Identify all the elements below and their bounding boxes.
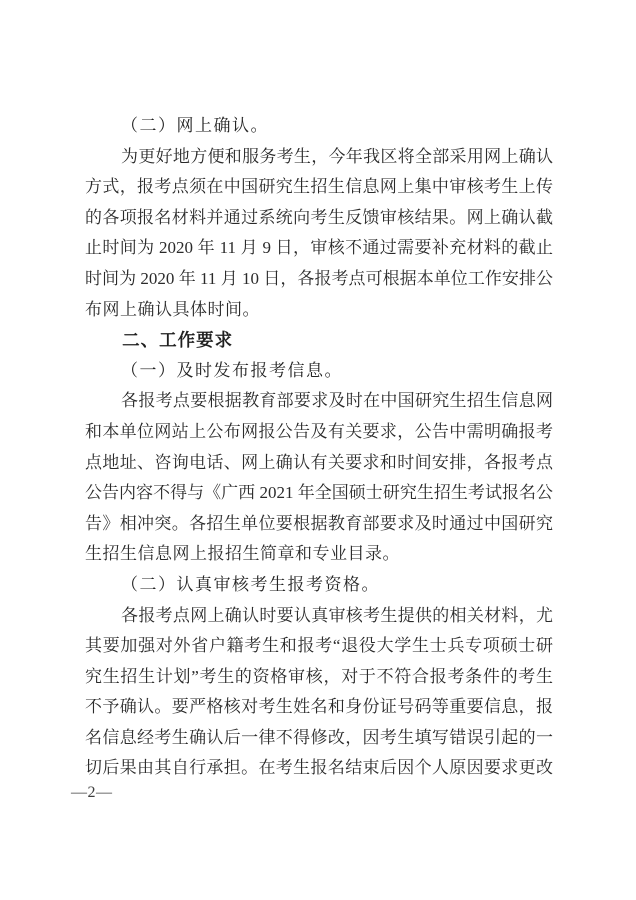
text-line: 点地址、咨询电话、网上确认有关要求和时间安排，各报考点 bbox=[85, 448, 553, 479]
text-line: 为更好地方便和服务考生，今年我区将全部采用网上确认 bbox=[85, 142, 553, 173]
text-line: 时间为 2020 年 11 月 10 日，各报考点可根据本单位工作安排公 bbox=[85, 264, 553, 295]
text-line: 布网上确认具体时间。 bbox=[85, 295, 553, 326]
text-line: 不予确认。要严格核对考生姓名和身份证号码等重要信息，报 bbox=[85, 692, 553, 723]
text-line: 各报考点要根据教育部要求及时在中国研究生招生信息网 bbox=[85, 386, 553, 417]
text-line: 生招生信息网上报招生简章和专业目录。 bbox=[85, 539, 553, 570]
subsection-heading: （二）网上确认。 bbox=[85, 111, 553, 142]
text-line: 名信息经考生确认后一律不得修改，因考生填写错误引起的一 bbox=[85, 723, 553, 754]
text-line: 止时间为 2020 年 11 月 9 日，审核不通过需要补充材料的截止 bbox=[85, 233, 553, 264]
page-number: —2— bbox=[71, 782, 113, 804]
text-line: 的各项报名材料并通过系统向考生反馈审核结果。网上确认截 bbox=[85, 203, 553, 234]
document-body: （二）网上确认。为更好地方便和服务考生，今年我区将全部采用网上确认方式，报考点须… bbox=[85, 111, 553, 784]
text-line: 告》相冲突。各招生单位要根据教育部要求及时通过中国研究 bbox=[85, 509, 553, 540]
document-page: （二）网上确认。为更好地方便和服务考生，今年我区将全部采用网上确认方式，报考点须… bbox=[0, 0, 636, 900]
text-line: 各报考点网上确认时要认真审核考生提供的相关材料，尤 bbox=[85, 601, 553, 632]
text-line: 和本单位网站上公布网报公告及有关要求，公告中需明确报考 bbox=[85, 417, 553, 448]
text-line: 究生招生计划”考生的资格审核，对于不符合报考条件的考生 bbox=[85, 662, 553, 693]
subsection-heading: （一）及时发布报考信息。 bbox=[85, 356, 553, 387]
text-line: 切后果由其自行承担。在考生报名结束后因个人原因要求更改 bbox=[85, 753, 553, 784]
text-line: 其要加强对外省户籍考生和报考“退役大学生士兵专项硕士研 bbox=[85, 631, 553, 662]
text-line: 公告内容不得与《广西 2021 年全国硕士研究生招生考试报名公 bbox=[85, 478, 553, 509]
subsection-heading: （二）认真审核考生报考资格。 bbox=[85, 570, 553, 601]
section-heading: 二、工作要求 bbox=[85, 325, 553, 356]
text-line: 方式，报考点须在中国研究生招生信息网上集中审核考生上传 bbox=[85, 172, 553, 203]
